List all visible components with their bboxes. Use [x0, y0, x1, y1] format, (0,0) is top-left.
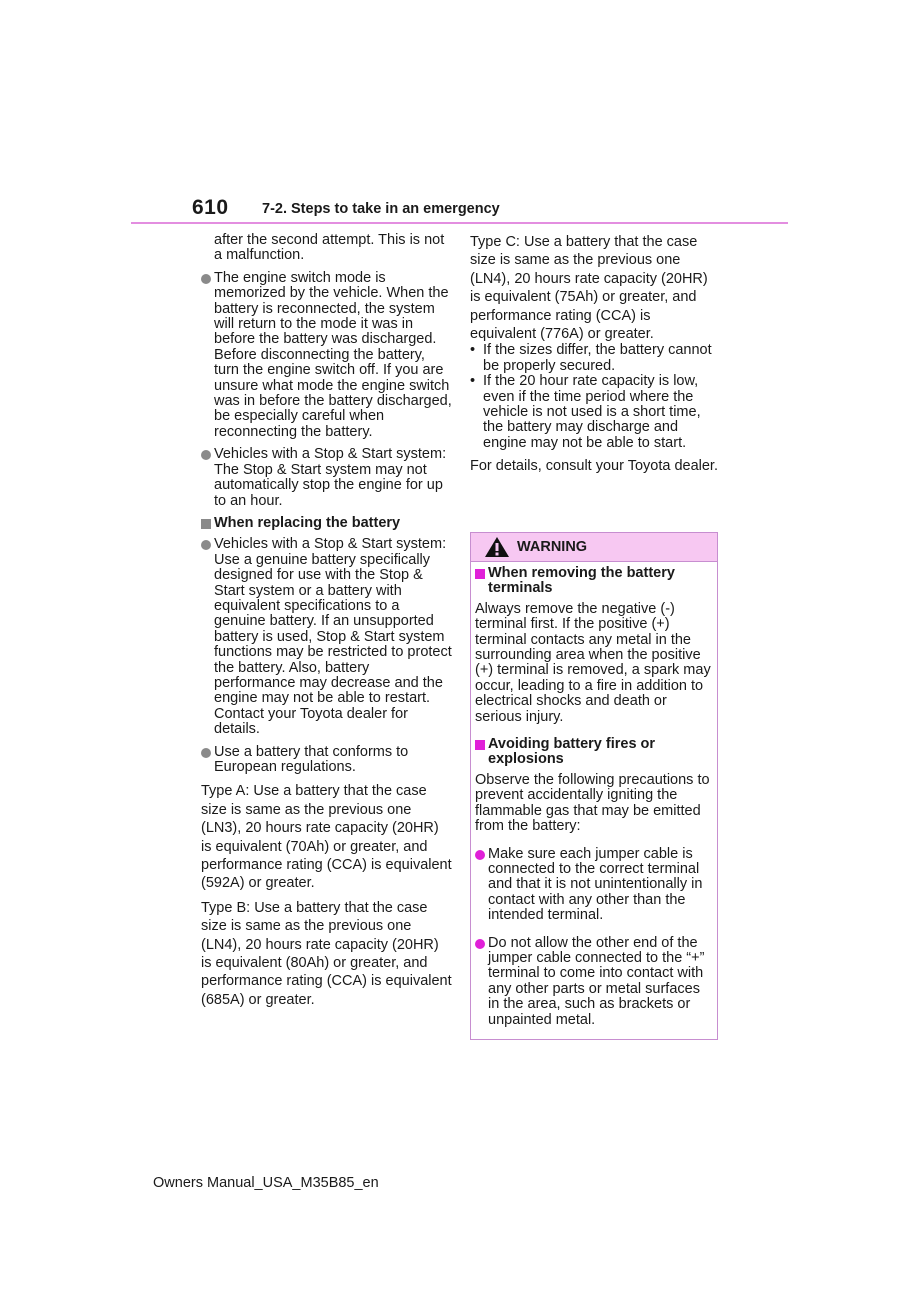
- type-b-text: Type B: Use a battery that the case size…: [201, 899, 453, 1009]
- warning-title: WARNING: [517, 539, 587, 555]
- bullet-icon: [201, 540, 211, 550]
- bullet-icon: [201, 748, 211, 758]
- section-title: 7-2. Steps to take in an emergency: [262, 201, 500, 217]
- header-rule: [131, 222, 788, 224]
- type-c-text: Type C: Use a battery that the case size…: [470, 233, 720, 343]
- list-item: Use a battery that conforms to European …: [201, 745, 453, 776]
- warning-box: WARNING When removing the battery termin…: [470, 532, 718, 1040]
- warning-body: When removing the battery terminals Alwa…: [471, 562, 717, 1028]
- list-item: The engine switch mode is memorized by t…: [201, 271, 453, 440]
- continuation-text: after the second attempt. This is not a …: [201, 233, 453, 264]
- square-bullet-icon: [201, 519, 211, 529]
- note-item: • If the 20 hour rate capacity is low, e…: [470, 374, 720, 451]
- footer-text: Owners Manual_USA_M35B85_en: [153, 1175, 379, 1191]
- warning-subheading: When removing the battery terminals: [475, 566, 713, 597]
- note-item: • If the sizes differ, the battery canno…: [470, 343, 720, 374]
- warning-text: Observe the following precautions to pre…: [475, 773, 713, 835]
- warning-list-item: Make sure each jumper cable is connected…: [475, 847, 713, 924]
- warning-text: Always remove the negative (-) terminal …: [475, 602, 713, 725]
- warning-triangle-icon: [484, 536, 510, 558]
- subheading: When replacing the battery: [201, 516, 453, 531]
- square-bullet-icon: [475, 740, 485, 750]
- bullet-icon: [475, 850, 485, 860]
- list-item: Vehicles with a Stop & Start system: The…: [201, 447, 453, 509]
- bullet-icon: [475, 939, 485, 949]
- left-column: after the second attempt. This is not a …: [201, 233, 453, 1015]
- warning-subheading: Avoiding battery fires or explosions: [475, 737, 713, 768]
- right-column: Type C: Use a battery that the case size…: [470, 233, 720, 482]
- dot-icon: •: [470, 343, 475, 358]
- bullet-icon: [201, 274, 211, 284]
- dot-icon: •: [470, 374, 475, 389]
- bullet-icon: [201, 450, 211, 460]
- warning-header: WARNING: [471, 533, 717, 562]
- consult-text: For details, consult your Toyota dealer.: [470, 457, 720, 475]
- warning-list-item: Do not allow the other end of the jumper…: [475, 936, 713, 1028]
- page-number: 610: [192, 196, 229, 220]
- type-a-text: Type A: Use a battery that the case size…: [201, 782, 453, 892]
- list-item: Vehicles with a Stop & Start system: Use…: [201, 537, 453, 737]
- square-bullet-icon: [475, 569, 485, 579]
